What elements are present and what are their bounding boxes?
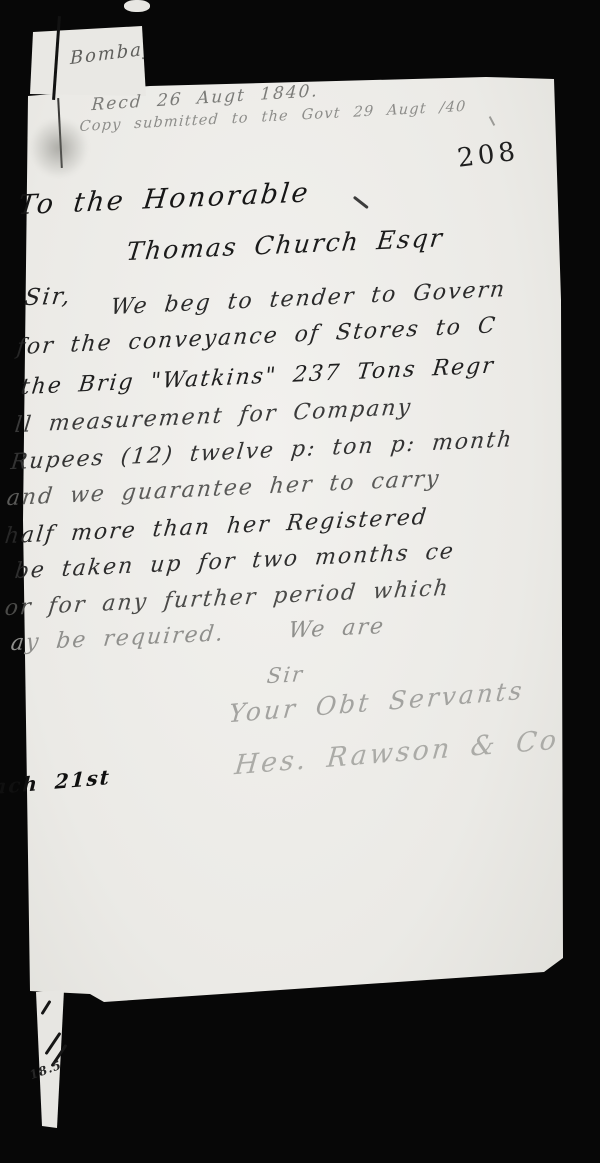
folio-number: 208 bbox=[456, 138, 520, 171]
paper-speck bbox=[124, 0, 150, 12]
closing-sir: Sir bbox=[266, 664, 305, 687]
letter-page bbox=[0, 0, 600, 1163]
salutation: Sir, bbox=[23, 285, 73, 310]
scanned-letter-screenshot: Bombay Recd 26 Augt 1840. Copy submitted… bbox=[0, 0, 600, 1163]
corner-annotation: Bombay bbox=[70, 40, 146, 69]
underlying-page-edge-strip bbox=[36, 990, 66, 1128]
underlying-page-tab: Bombay bbox=[30, 26, 146, 96]
